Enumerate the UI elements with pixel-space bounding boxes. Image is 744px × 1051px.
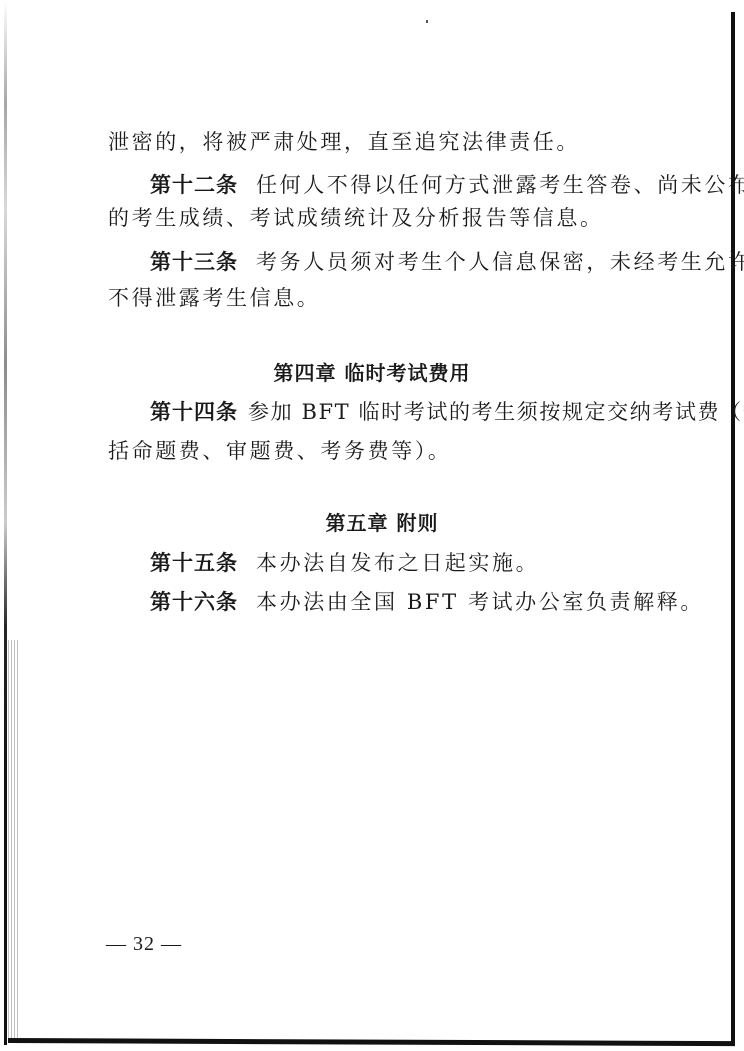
article-15-text-1: 本办法自发布之日起实施。	[256, 551, 539, 575]
article-12-label: 第十二条	[150, 173, 238, 197]
page-left-edge-shadow	[8, 640, 18, 1040]
chapter-4-heading: 第四章 临时考试费用	[0, 360, 744, 386]
article-15-label: 第十五条	[150, 551, 238, 575]
article-15-line-1: 第十五条本办法自发布之日起实施。	[150, 550, 680, 576]
article-13-line-2: 不得泄露考生信息。	[108, 285, 680, 311]
page-bottom-edge	[8, 1038, 735, 1046]
article-14-line-1: 第十四条参加 BFT 临时考试的考生须按规定交纳考试费（包	[150, 399, 680, 425]
article-12-line-1: 第十二条任何人不得以任何方式泄露考生答卷、尚未公布	[150, 172, 680, 198]
article-14-label: 第十四条	[150, 400, 238, 424]
article-16-label: 第十六条	[150, 590, 238, 614]
article-14-text-1: 参加 BFT 临时考试的考生须按规定交纳考试费（包	[248, 400, 744, 424]
article-13-line-1: 第十三条考务人员须对考生个人信息保密，未经考生允许	[150, 249, 680, 275]
article-14-line-2: 括命题费、审题费、考务费等）。	[108, 438, 680, 464]
scan-speck	[426, 20, 428, 23]
article-12-text-1: 任何人不得以任何方式泄露考生答卷、尚未公布	[256, 173, 744, 197]
article-13-label: 第十三条	[150, 250, 238, 274]
paragraph-continued: 泄密的，将被严肃处理，直至追究法律责任。	[108, 129, 680, 155]
chapter-5-heading: 第五章 附则	[0, 510, 744, 536]
article-13-text-1: 考务人员须对考生个人信息保密，未经考生允许	[256, 250, 744, 274]
article-16-text-1: 本办法由全国 BFT 考试办公室负责解释。	[256, 590, 704, 614]
page-number: — 32 —	[106, 931, 182, 957]
article-12-line-2: 的考生成绩、考试成绩统计及分析报告等信息。	[108, 205, 680, 231]
article-16-line-1: 第十六条本办法由全国 BFT 考试办公室负责解释。	[150, 589, 680, 615]
scanned-page: 泄密的，将被严肃处理，直至追究法律责任。 第十二条任何人不得以任何方式泄露考生答…	[0, 0, 744, 1051]
